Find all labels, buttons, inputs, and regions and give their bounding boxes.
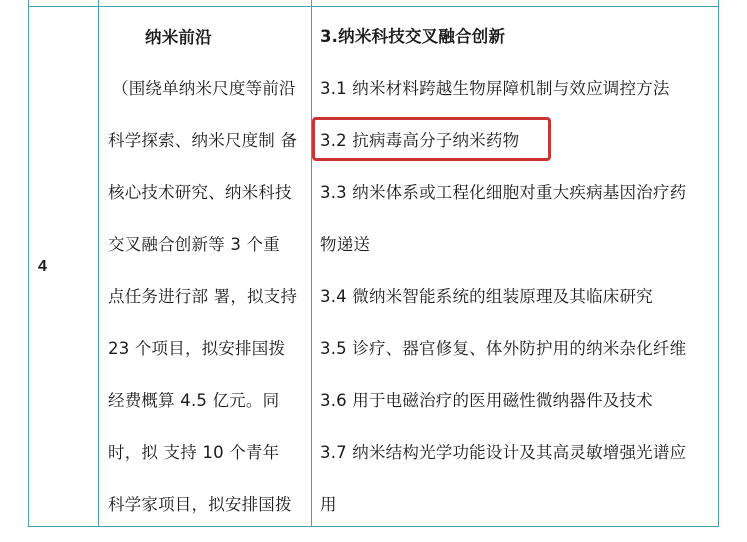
row-index: 4 [38,258,47,276]
category-description-line: 经费概算 4.5 亿元。同 [108,390,279,412]
category-description-line: 点任务进行部 署，拟支持 [108,286,297,308]
category-description-line: 核心技术研究、纳米科技 [108,182,292,204]
category-description-line: 科学探索、纳米尺度制 备 [108,130,297,152]
category-description-line: 交叉融合创新等 3 个重 [108,234,280,256]
column-divider-2 [311,0,312,527]
task-item-continuation: 用 [320,494,337,516]
category-description-line: 时，拟 支持 10 个青年 [108,442,279,464]
category-description-line: 23 个项目，拟安排国拨 [108,338,285,360]
category-description-line: （围绕单纳米尺度等前沿 [112,78,296,100]
task-title: 3.纳米科技交叉融合创新 [320,26,505,48]
highlight-box [312,117,551,161]
task-item-continuation: 物递送 [320,234,370,256]
task-item: 3.1 纳米材料跨越生物屏障机制与效应调控方法 [320,78,670,100]
category-title: 纳米前沿 [145,27,212,49]
task-item: 3.6 用于电磁治疗的医用磁性微纳器件及技术 [320,390,653,412]
task-item: 3.3 纳米体系或工程化细胞对重大疾病基因治疗药 [320,182,686,204]
column-divider-1 [98,0,99,527]
task-item: 3.7 纳米结构光学功能设计及其高灵敏增强光谱应 [320,442,686,464]
task-item: 3.5 诊疗、器官修复、体外防护用的纳米杂化纤维 [320,338,686,360]
task-item: 3.4 微纳米智能系统的组装原理及其临床研究 [320,286,653,308]
table-row-divider [28,6,719,7]
category-description-line: 科学家项目，拟安排国拨 [108,494,292,516]
